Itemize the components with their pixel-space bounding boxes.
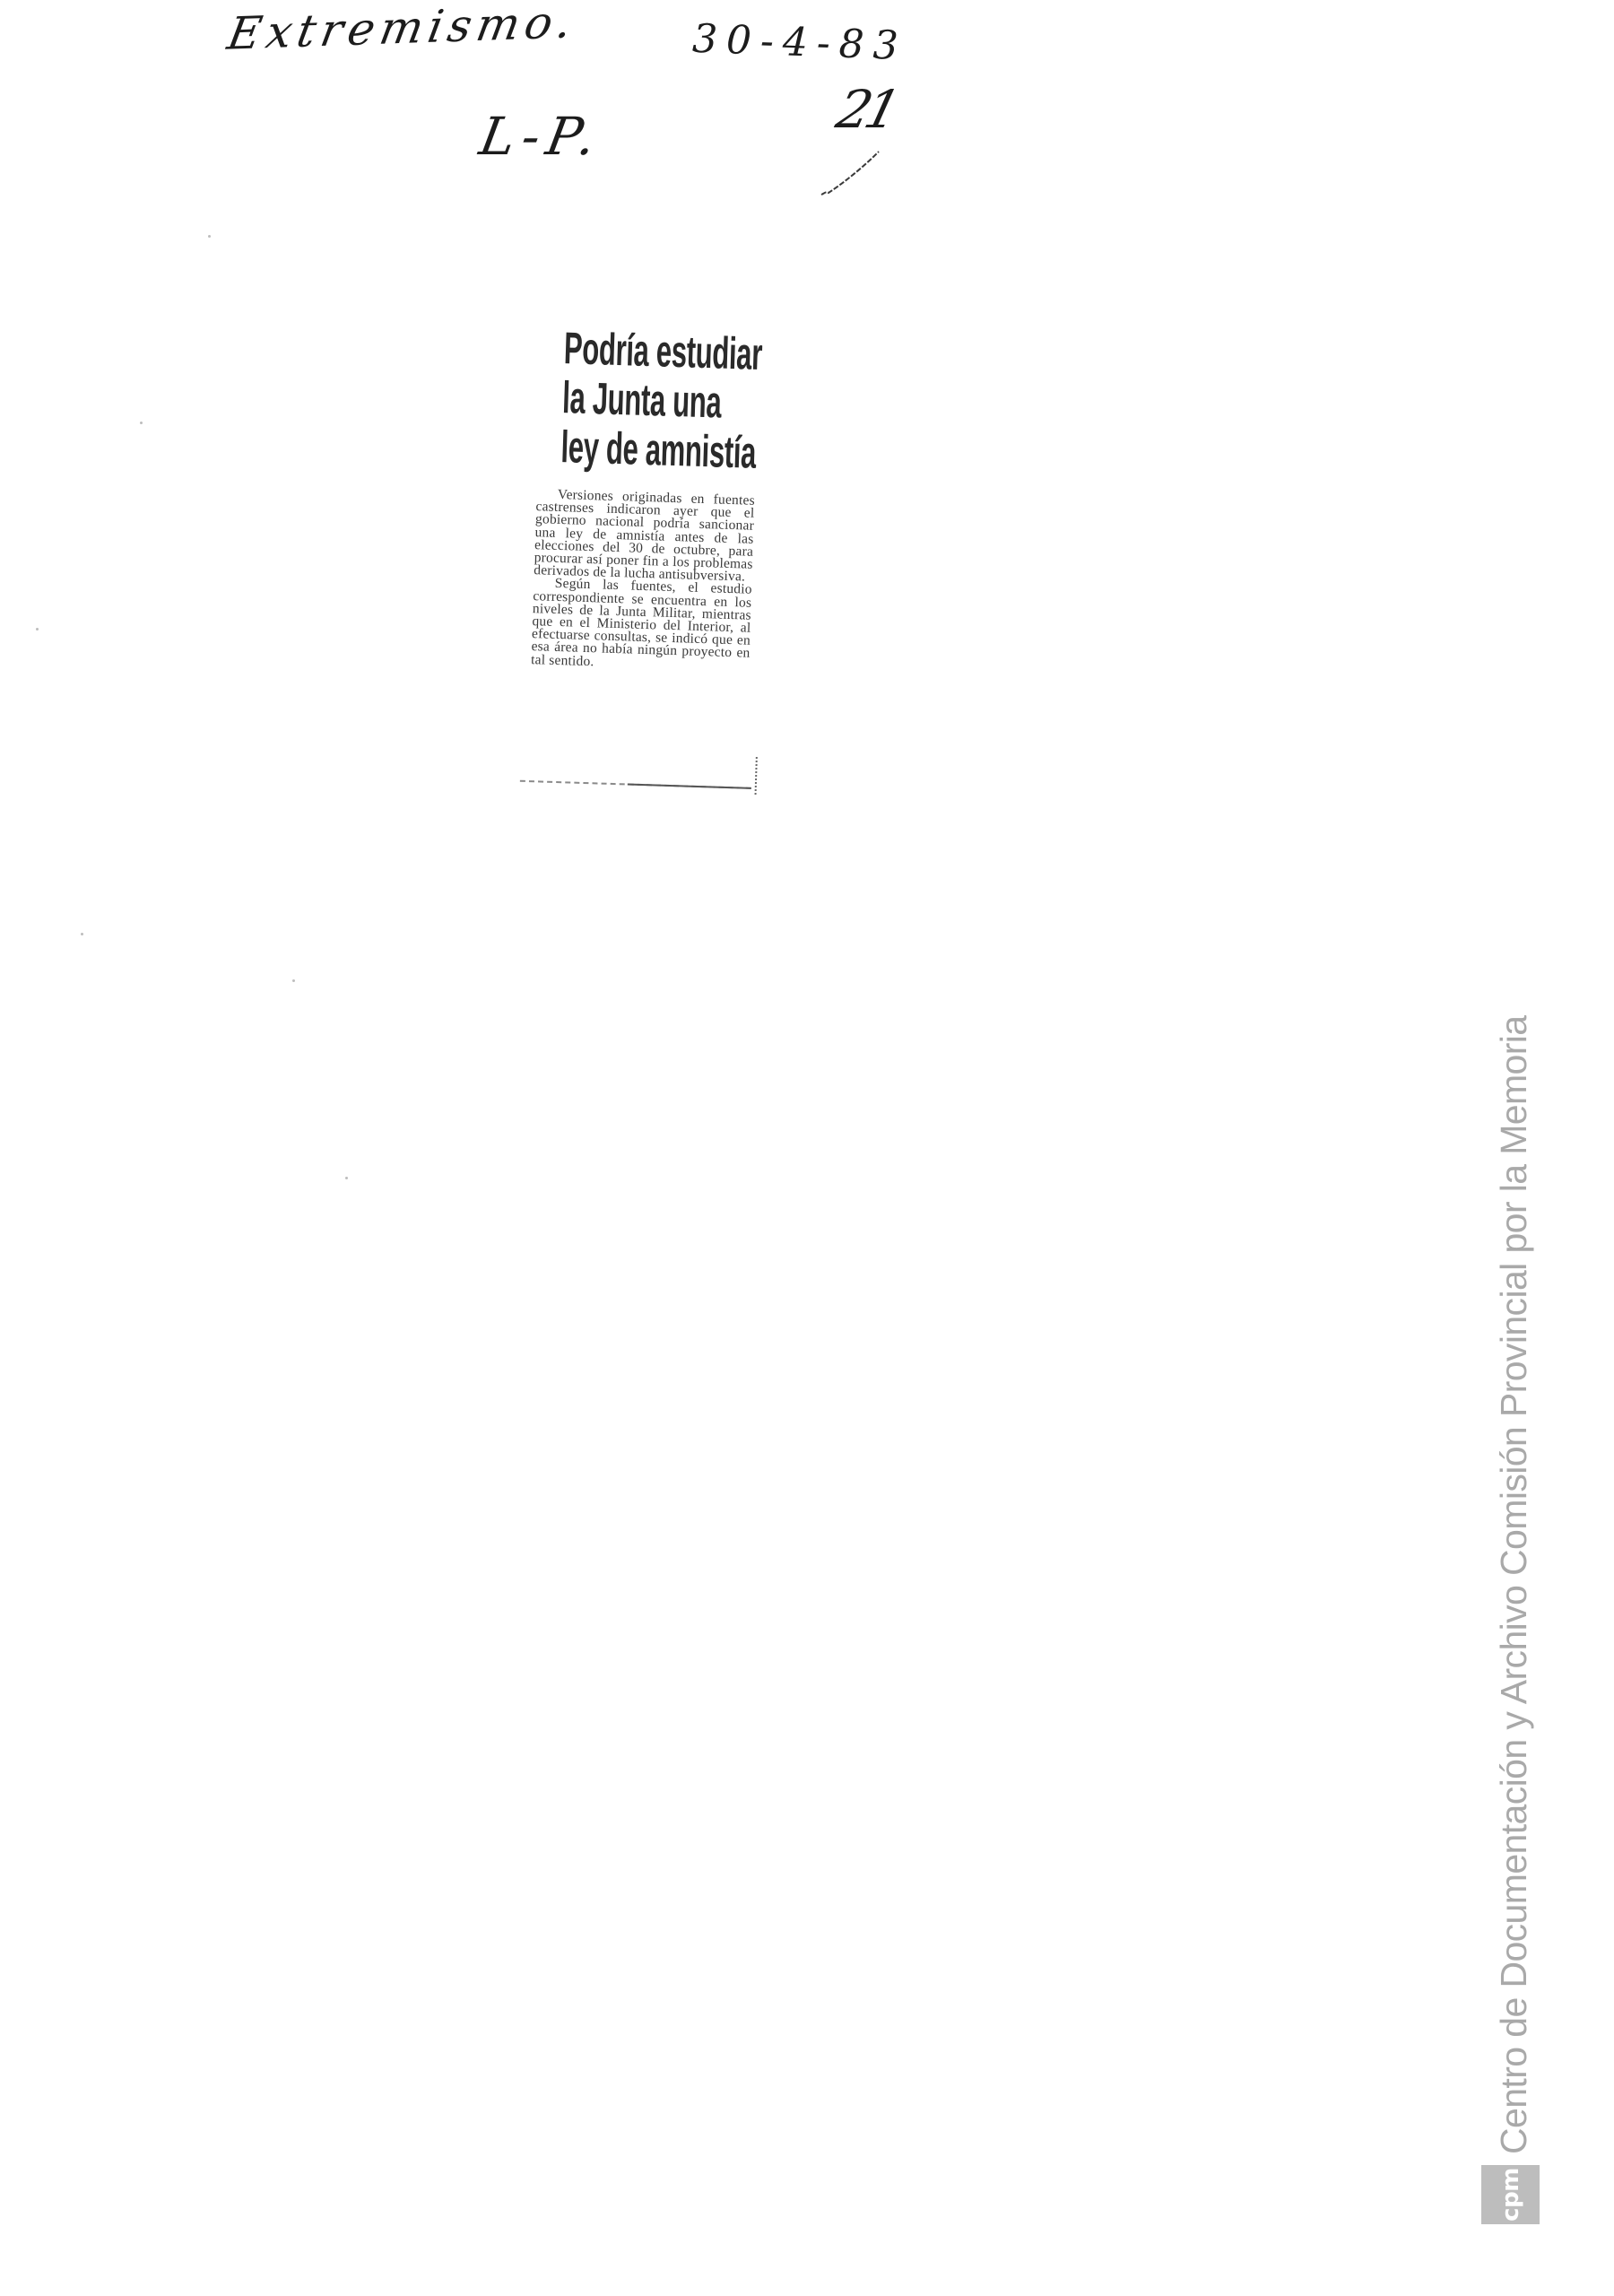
archive-watermark: Centro de Documentación y Archivo Comisi… [1481,1096,1540,2226]
headline-line: ley de amnistía [560,422,760,478]
handwritten-page-number: 21 [831,79,902,140]
scan-speck [345,1177,348,1179]
cpm-logo: cpm [1481,2165,1540,2224]
article-headline: Podría estudiar la Junta una ley de amni… [560,324,763,478]
cpm-logo-text: cpm [1497,2168,1524,2222]
headline-line: la Junta una [561,373,761,429]
article-body: Versiones originadas en fuentes castrens… [531,488,755,673]
check-mark-icon [818,148,882,198]
handwritten-source-code: L-P. [475,106,608,167]
article-paragraph: Versiones originadas en fuentes castrens… [534,488,755,584]
newspaper-clipping: Podría estudiar la Junta una ley de amni… [519,321,775,804]
scan-speck [36,628,39,631]
handwritten-topic-label: Extremismo. [224,0,582,60]
scan-speck [140,422,143,424]
scan-speck [81,933,83,935]
watermark-text: Centro de Documentación y Archivo Comisi… [1494,1096,1533,2154]
article-paragraph: Según las fuentes, el estudio correspond… [531,578,752,674]
handwritten-date: 30-4-83 [691,16,907,69]
clipping-bottom-edge [520,780,751,789]
headline-line: Podría estudiar [563,324,763,379]
scan-speck [292,979,295,982]
scan-speck [208,235,211,238]
clipping-right-edge [755,757,758,795]
